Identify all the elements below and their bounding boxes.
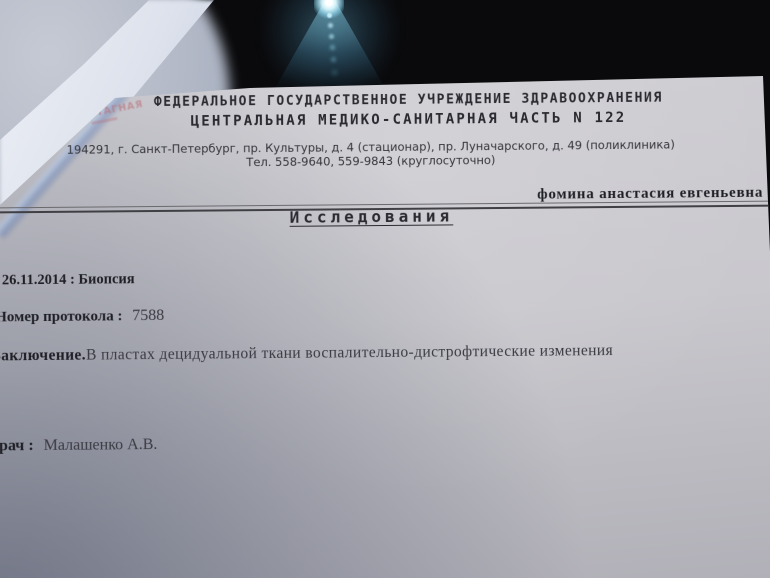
conclusion-label: Заключение.	[0, 347, 86, 365]
protocol-label: Номер протокола :	[0, 308, 123, 325]
light-flare-dots	[327, 13, 332, 18]
protocol-number: 7588	[132, 307, 164, 324]
conclusion-text: В пластах децидуальной ткани воспалитель…	[86, 342, 613, 364]
org-name-line2: ЦЕНТРАЛЬНАЯ МЕДИКО-САНИТАРНАЯ ЧАСТЬ N 12…	[58, 109, 758, 131]
protocol-number-line: Номер протокола : 7588	[0, 307, 164, 327]
doctor-line: Врач : Малашенко А.В.	[0, 436, 157, 456]
light-flare-core	[314, 0, 344, 22]
photo-of-medical-document: ИТАГНАЯ ФЕДЕРАЛЬНОЕ ГОСУДАРСТВЕННОЕ УЧРЕ…	[0, 0, 770, 578]
study-date-line: 26.11.2014 : Биопсия	[2, 271, 135, 289]
doctor-label: Врач :	[0, 437, 34, 454]
doctor-name: Малашенко А.В.	[44, 436, 158, 454]
conclusion-line: Заключение.В пластах децидуальной ткани …	[0, 342, 613, 365]
